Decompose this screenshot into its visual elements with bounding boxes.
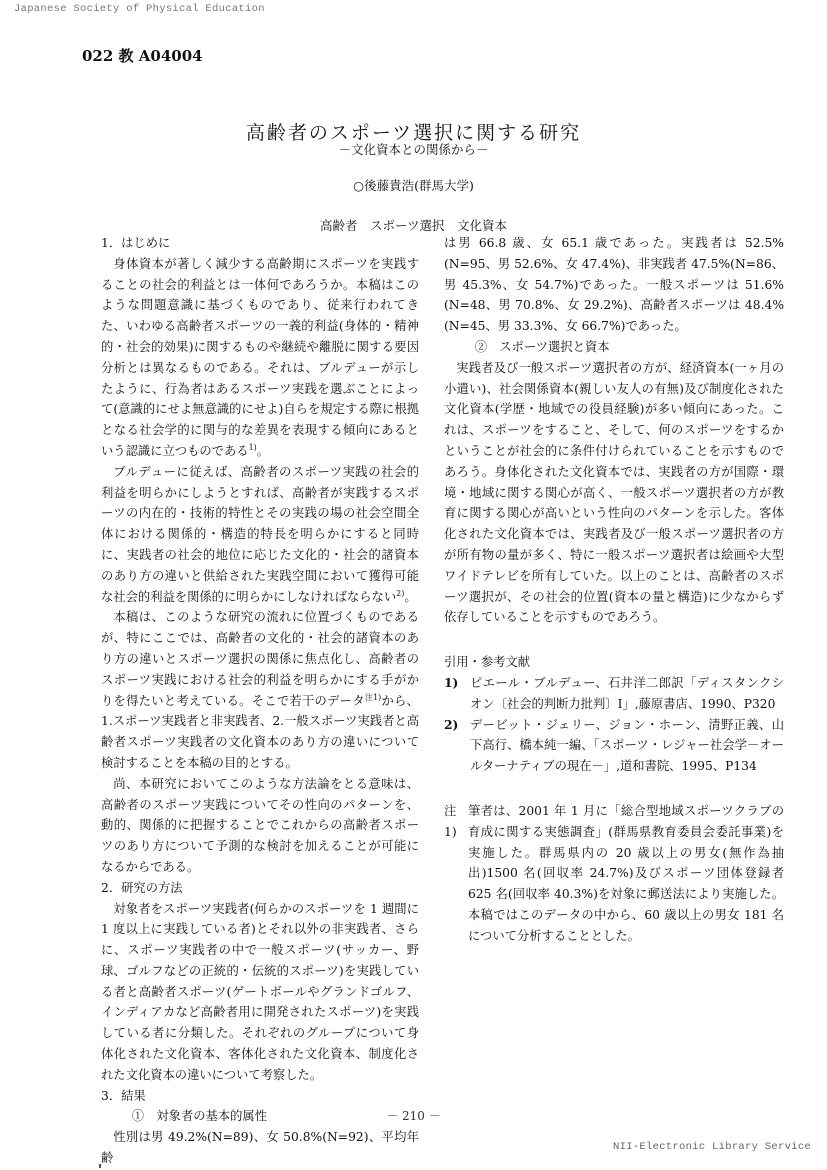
section-heading-results: 3．結果: [101, 1086, 419, 1107]
paragraph-text: ブルデューに従えば、高齢者のスポーツ実践の社会的利益を明らかにしようとすれば、高…: [101, 465, 419, 604]
section-heading-method: 2．研究の方法: [101, 878, 419, 899]
paragraph-text: 。: [257, 444, 269, 458]
page-number: － 210 －: [0, 1107, 827, 1124]
reference-number: 2): [444, 715, 470, 777]
paragraph: 性別は男 49.2%(N=89)、女 50.8%(N=92)、平均年齢: [101, 1127, 419, 1169]
footnote-text: 筆者は、2001 年 1 月に「総合型地域スポーツクラブの育成に関する実態調査」…: [468, 801, 784, 947]
reference-item: 1) ピエール・ブルデュー、石井洋二郎訳「ディスタンクシオン〔社会的判断力批判〕…: [444, 673, 784, 715]
paragraph: 身体資本が著しく減少する高齢期にスポーツを実践することの社会的利益とは一体何であ…: [101, 254, 419, 462]
left-column: 1．はじめに 身体資本が著しく減少する高齢期にスポーツを実践することの社会的利益…: [101, 233, 419, 1169]
society-header: Japanese Society of Physical Education: [14, 3, 265, 15]
paragraph-text: 身体資本が著しく減少する高齢期にスポーツを実践することの社会的利益とは一体何であ…: [101, 257, 419, 458]
right-column: は男 66.8 歳、女 65.1 歳であった。実践者は 52.5%(N=95、男…: [444, 233, 784, 947]
paragraph: 尚、本研究においてこのような方法論をとる意味は、高齢者のスポーツ実践についてその…: [101, 774, 419, 878]
footnote-number: 注1): [444, 801, 468, 947]
footnote: 注1) 筆者は、2001 年 1 月に「総合型地域スポーツクラブの育成に関する実…: [444, 801, 784, 947]
paragraph: は男 66.8 歳、女 65.1 歳であった。実践者は 52.5%(N=95、男…: [444, 233, 784, 337]
reference-text: ピエール・ブルデュー、石井洋二郎訳「ディスタンクシオン〔社会的判断力批判〕Ⅰ」,…: [470, 673, 784, 715]
scan-artifact: [99, 1164, 101, 1168]
paper-subtitle: －文化資本との関係から－: [0, 140, 827, 158]
footnote-marker: 注1): [365, 692, 381, 701]
subsection-heading-capital: ② スポーツ選択と資本: [444, 337, 784, 358]
author: ○後藤貴浩(群馬大学): [0, 176, 827, 194]
reference-text: デービット・ジェリー、ジョン・ホーン、清野正義、山下高行、橋本純一編、「スポーツ…: [470, 715, 784, 777]
library-service-footer: NII-Electronic Library Service: [613, 1141, 811, 1153]
paragraph: 対象者をスポーツ実践者(何らかのスポーツを 1 週間に 1 度以上に実践している…: [101, 899, 419, 1086]
paragraph: ブルデューに従えば、高齢者のスポーツ実践の社会的利益を明らかにしようとすれば、高…: [101, 462, 419, 608]
references-heading: 引用・参考文献: [444, 652, 784, 673]
section-heading-introduction: 1．はじめに: [101, 233, 419, 254]
citation: 1): [249, 443, 257, 452]
paragraph-text: 。: [404, 590, 416, 604]
abstract-code: 022 教 A04004: [82, 45, 203, 66]
reference-number: 1): [444, 673, 470, 715]
paragraph: 本稿は、このような研究の流れに位置づくものであるが、特にここでは、高齢者の文化的…: [101, 607, 419, 773]
keywords: 高齢者 スポーツ選択 文化資本: [0, 216, 827, 234]
reference-item: 2) デービット・ジェリー、ジョン・ホーン、清野正義、山下高行、橋本純一編、「ス…: [444, 715, 784, 777]
paragraph: 実践者及び一般スポーツ選択者の方が、経済資本(一ヶ月の小遣い)、社会関係資本(親…: [444, 358, 784, 628]
